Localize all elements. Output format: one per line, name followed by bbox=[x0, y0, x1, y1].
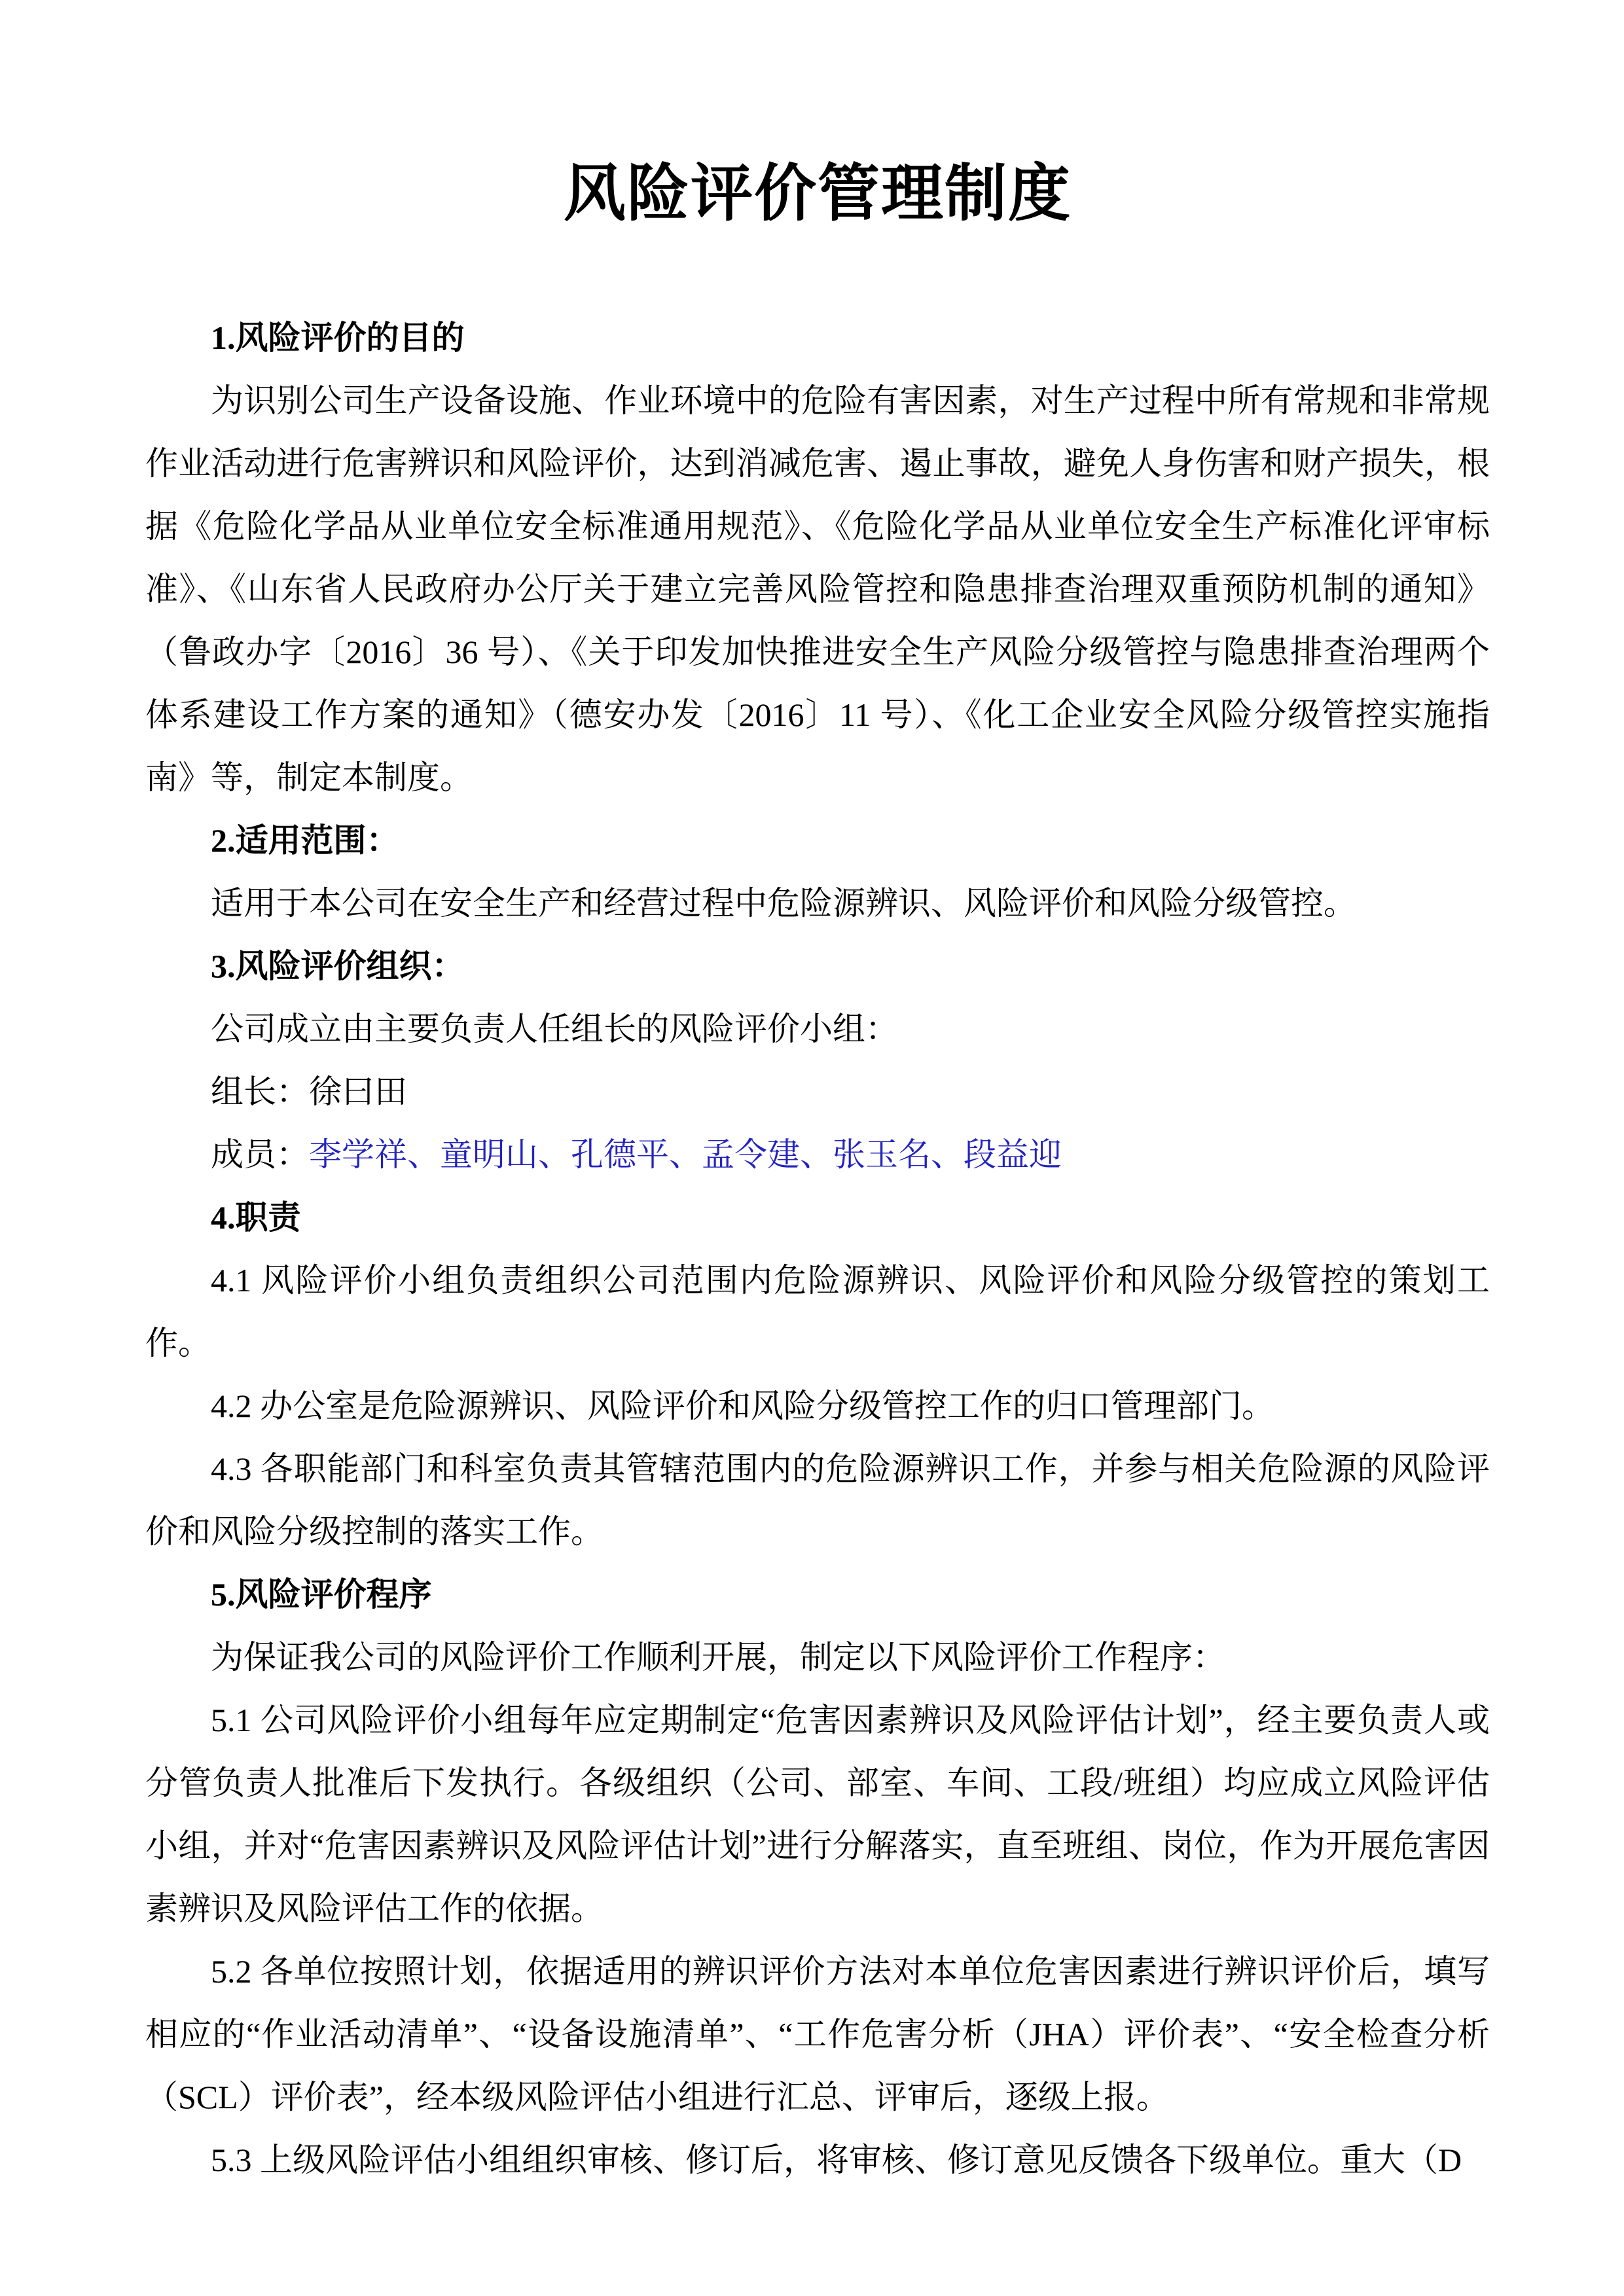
section-1-paragraph: 为识别公司生产设备设施、作业环境中的危险有害因素，对生产过程中所有常规和非常规作… bbox=[145, 369, 1490, 809]
clause-4-1-paragraph: 4.1 风险评价小组负责组织公司范围内危险源辨识、风险评价和风险分级管控的策划工… bbox=[145, 1249, 1490, 1374]
section-3-paragraph: 公司成立由主要负责人任组长的风险评价小组： bbox=[145, 997, 1490, 1060]
section-5-heading: 5.风险评价程序 bbox=[145, 1563, 1490, 1626]
document-page: 风险评价管理制度 1.风险评价的目的 为识别公司生产设备设施、作业环境中的危险有… bbox=[0, 0, 1624, 2296]
clause-4-3-paragraph: 4.3 各职能部门和科室负责其管辖范围内的危险源辨识工作，并参与相关危险源的风险… bbox=[145, 1437, 1490, 1563]
team-leader-line: 组长：徐曰田 bbox=[145, 1060, 1490, 1123]
clause-5-1-paragraph: 5.1 公司风险评价小组每年应定期制定“危害因素辨识及风险评估计划”，经主要负责… bbox=[145, 1689, 1490, 1940]
team-members-line: 成员：李学祥、童明山、孔德平、孟令建、张玉名、段益迎 bbox=[145, 1123, 1490, 1186]
section-2-heading: 2.适用范围： bbox=[145, 809, 1490, 872]
clause-4-2-paragraph: 4.2 办公室是危险源辨识、风险评价和风险分级管控工作的归口管理部门。 bbox=[145, 1374, 1490, 1437]
team-members-names: 李学祥、童明山、孔德平、孟令建、张玉名、段益迎 bbox=[309, 1136, 1062, 1173]
section-3-heading: 3.风险评价组织： bbox=[145, 935, 1490, 997]
procedure-intro-paragraph: 为保证我公司的风险评价工作顺利开展，制定以下风险评价工作程序： bbox=[145, 1626, 1490, 1689]
section-4-heading: 4.职责 bbox=[145, 1186, 1490, 1249]
clause-5-2-paragraph: 5.2 各单位按照计划，依据适用的辨识评价方法对本单位危害因素进行辨识评价后，填… bbox=[145, 1940, 1490, 2128]
clause-5-3-paragraph: 5.3 上级风险评估小组组织审核、修订后，将审核、修订意见反馈各下级单位。重大（… bbox=[145, 2128, 1490, 2191]
section-2-paragraph: 适用于本公司在安全生产和经营过程中危险源辨识、风险评价和风险分级管控。 bbox=[145, 872, 1490, 935]
team-members-label: 成员： bbox=[211, 1136, 309, 1173]
document-title: 风险评价管理制度 bbox=[145, 152, 1490, 236]
section-1-heading: 1.风险评价的目的 bbox=[145, 306, 1490, 369]
